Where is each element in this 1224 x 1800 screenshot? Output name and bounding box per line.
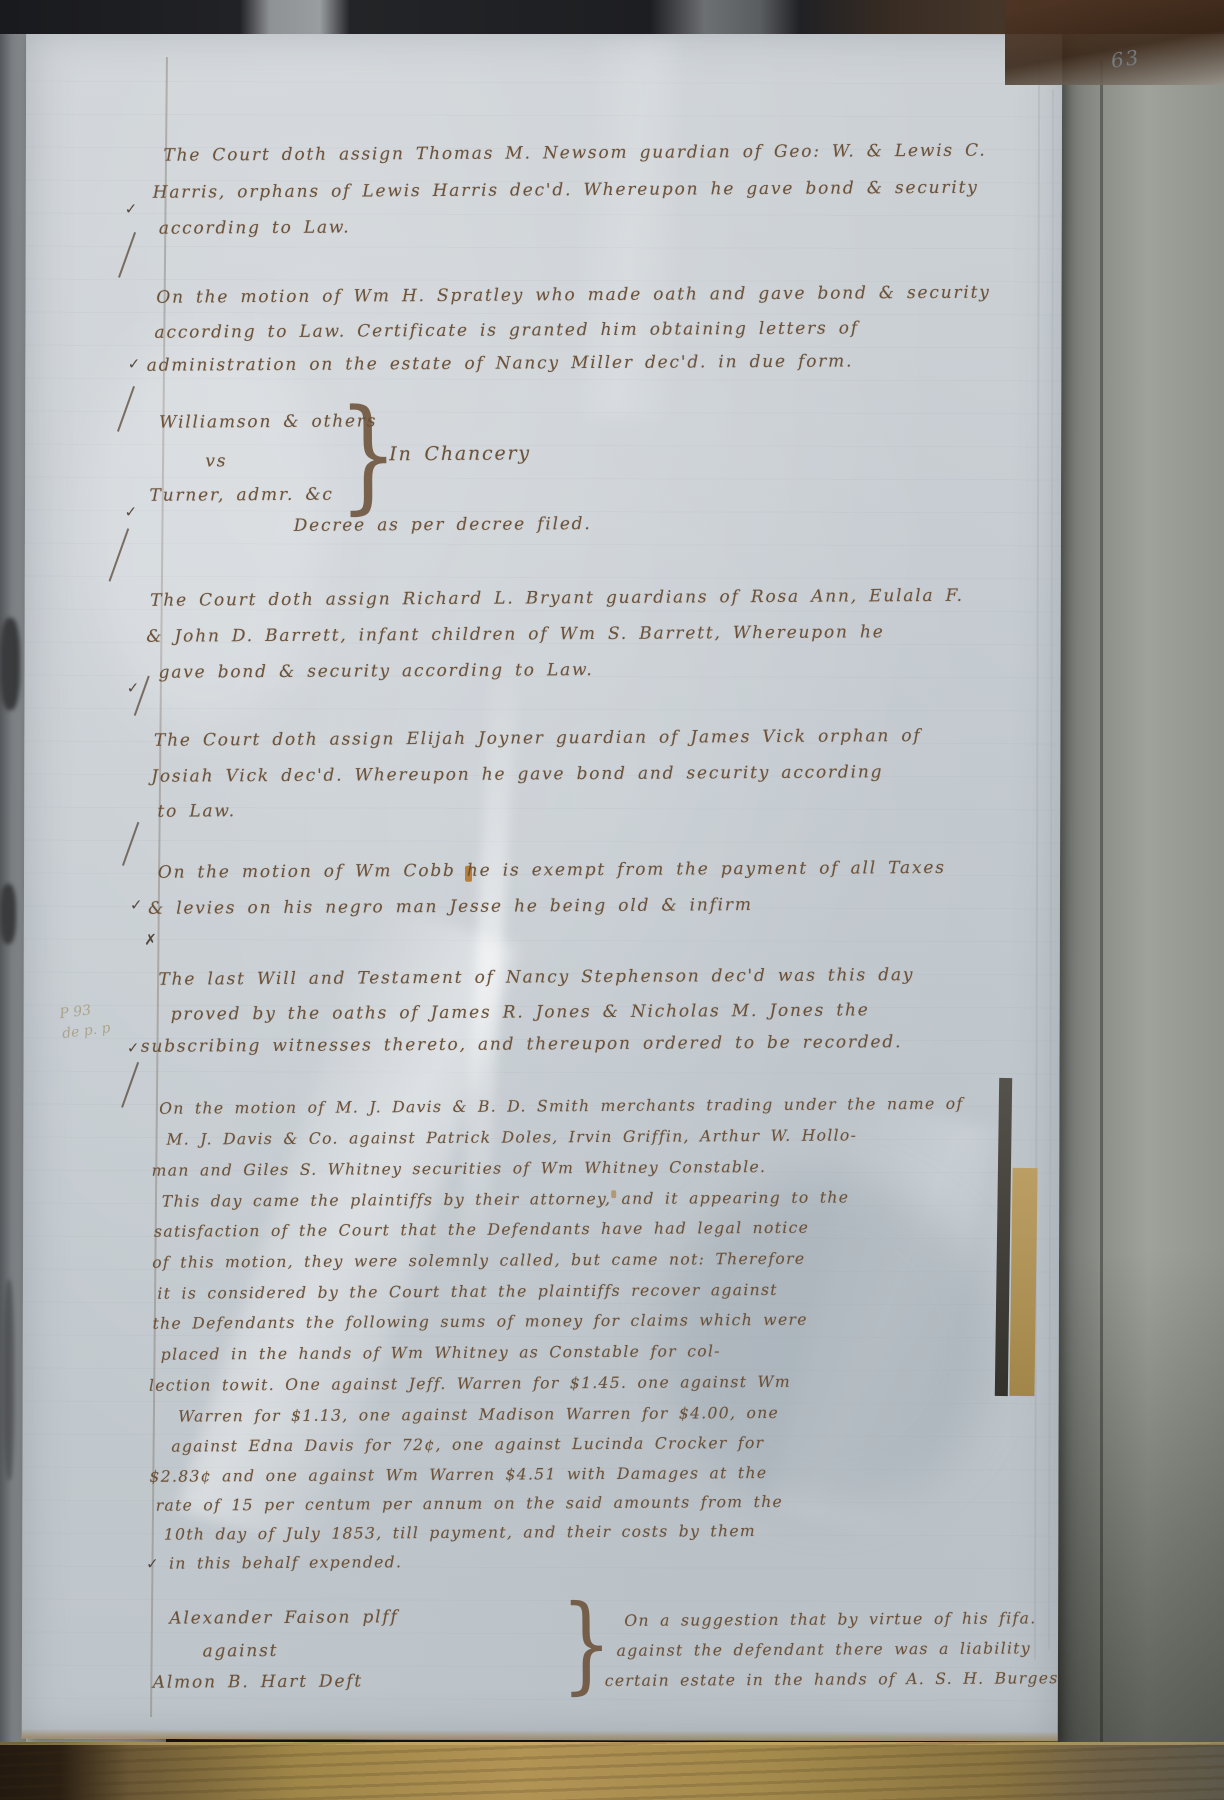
handwritten-line: according to Law. — [159, 218, 351, 239]
handwritten-line: & levies on his negro man Jesse he being… — [148, 895, 753, 919]
handwritten-line: rate of 15 per centum per annum on the s… — [156, 1493, 783, 1515]
cross-mark-icon: ✗ — [144, 931, 157, 949]
handwritten-line: against the defendant there was a liabil… — [617, 1639, 1031, 1660]
case-party-plaintiff: Alexander Faison plff — [169, 1607, 398, 1628]
handwritten-line: of this motion, they were solemnly calle… — [152, 1250, 805, 1272]
handwritten-line: it is considered by the Court that the p… — [157, 1281, 778, 1303]
handwritten-line: to Law. — [157, 801, 236, 821]
handwritten-line: On a suggestion that by virtue of his fi… — [624, 1609, 1036, 1630]
slash-mark — [118, 232, 136, 278]
handwritten-line: Harris, orphans of Lewis Harris dec'd. W… — [153, 178, 979, 203]
handwritten-line: The last Will and Testament of Nancy Ste… — [158, 965, 914, 990]
checkmark-icon: ✓ — [128, 355, 141, 373]
handwritten-line: administration on the estate of Nancy Mi… — [147, 351, 854, 375]
case-decree: Decree as per decree filed. — [294, 514, 592, 536]
handwritten-line: On the motion of Wm H. Spratley who made… — [156, 283, 990, 308]
handwritten-line: Josiah Vick dec'd. Whereupon he gave bon… — [151, 762, 883, 786]
checkmark-icon: ✓ — [146, 1555, 159, 1573]
handwritten-line: man and Giles S. Whitney securities of W… — [152, 1158, 767, 1180]
handwritten-line: The Court doth assign Richard L. Bryant … — [150, 586, 964, 611]
handwriting-layer: 63 P 93 de p. p The Court doth assign Th… — [0, 0, 1224, 1800]
handwritten-line: $2.83¢ and one against Wm Warren $4.51 w… — [149, 1464, 767, 1486]
case-vs: against — [203, 1641, 279, 1661]
handwritten-line: The Court doth assign Elijah Joyner guar… — [154, 726, 922, 751]
slash-mark — [121, 1062, 139, 1108]
checkmark-icon: ✓ — [125, 200, 138, 218]
photograph: 63 P 93 de p. p The Court doth assign Th… — [0, 0, 1224, 1800]
handwritten-line: in this behalf expended. — [169, 1553, 402, 1572]
handwritten-line: 10th day of July 1853, till payment, and… — [164, 1522, 756, 1544]
checkmark-icon: ✓ — [127, 679, 140, 697]
handwritten-line: On the motion of M. J. Davis & B. D. Smi… — [159, 1095, 963, 1118]
handwritten-line: proved by the oaths of James R. Jones & … — [171, 1000, 870, 1024]
handwritten-line: against Edna Davis for 72¢, one against … — [171, 1434, 764, 1456]
handwritten-line: On the motion of Wm Cobb he is exempt fr… — [158, 858, 946, 883]
handwritten-line: placed in the hands of Wm Whitney as Con… — [161, 1342, 721, 1363]
handwritten-line: lection towit. One against Jeff. Warren … — [149, 1373, 791, 1395]
checkmark-icon: ✓ — [127, 1039, 140, 1057]
handwritten-line: satisfaction of the Court that the Defen… — [154, 1219, 809, 1241]
handwritten-line: subscribing witnesses thereto, and there… — [141, 1032, 903, 1057]
slash-mark — [117, 386, 135, 432]
handwritten-line: & John D. Barrett, infant children of Wm… — [146, 622, 884, 647]
slash-mark — [109, 528, 130, 581]
checkmark-icon: ✓ — [130, 896, 143, 914]
handwritten-line: The Court doth assign Thomas M. Newsom g… — [163, 141, 986, 166]
handwritten-line: Warren for $1.13, one against Madison Wa… — [178, 1404, 779, 1426]
handwritten-line: the Defendants the following sums of mon… — [153, 1311, 808, 1333]
handwritten-line: according to Law. Certificate is granted… — [154, 318, 858, 342]
handwritten-line: certain estate in the hands of A. S. H. … — [605, 1669, 1059, 1690]
handwritten-line: gave bond & security according to Law. — [159, 660, 594, 683]
slash-mark — [122, 822, 139, 866]
margin-pencil-note: P 93 de p. p — [58, 998, 111, 1044]
handwritten-line: M. J. Davis & Co. against Patrick Doles,… — [166, 1126, 857, 1148]
checkmark-icon: ✓ — [125, 503, 138, 521]
case-vs: vs — [205, 451, 227, 471]
case-party-defendant: Almon B. Hart Deft — [153, 1671, 363, 1692]
page-number: 63 — [1109, 45, 1142, 73]
case-party-defendant: Turner, admr. &c — [149, 485, 333, 506]
case-court: In Chancery — [389, 442, 531, 465]
handwritten-line: This day came the plaintiffs by their at… — [162, 1188, 850, 1210]
